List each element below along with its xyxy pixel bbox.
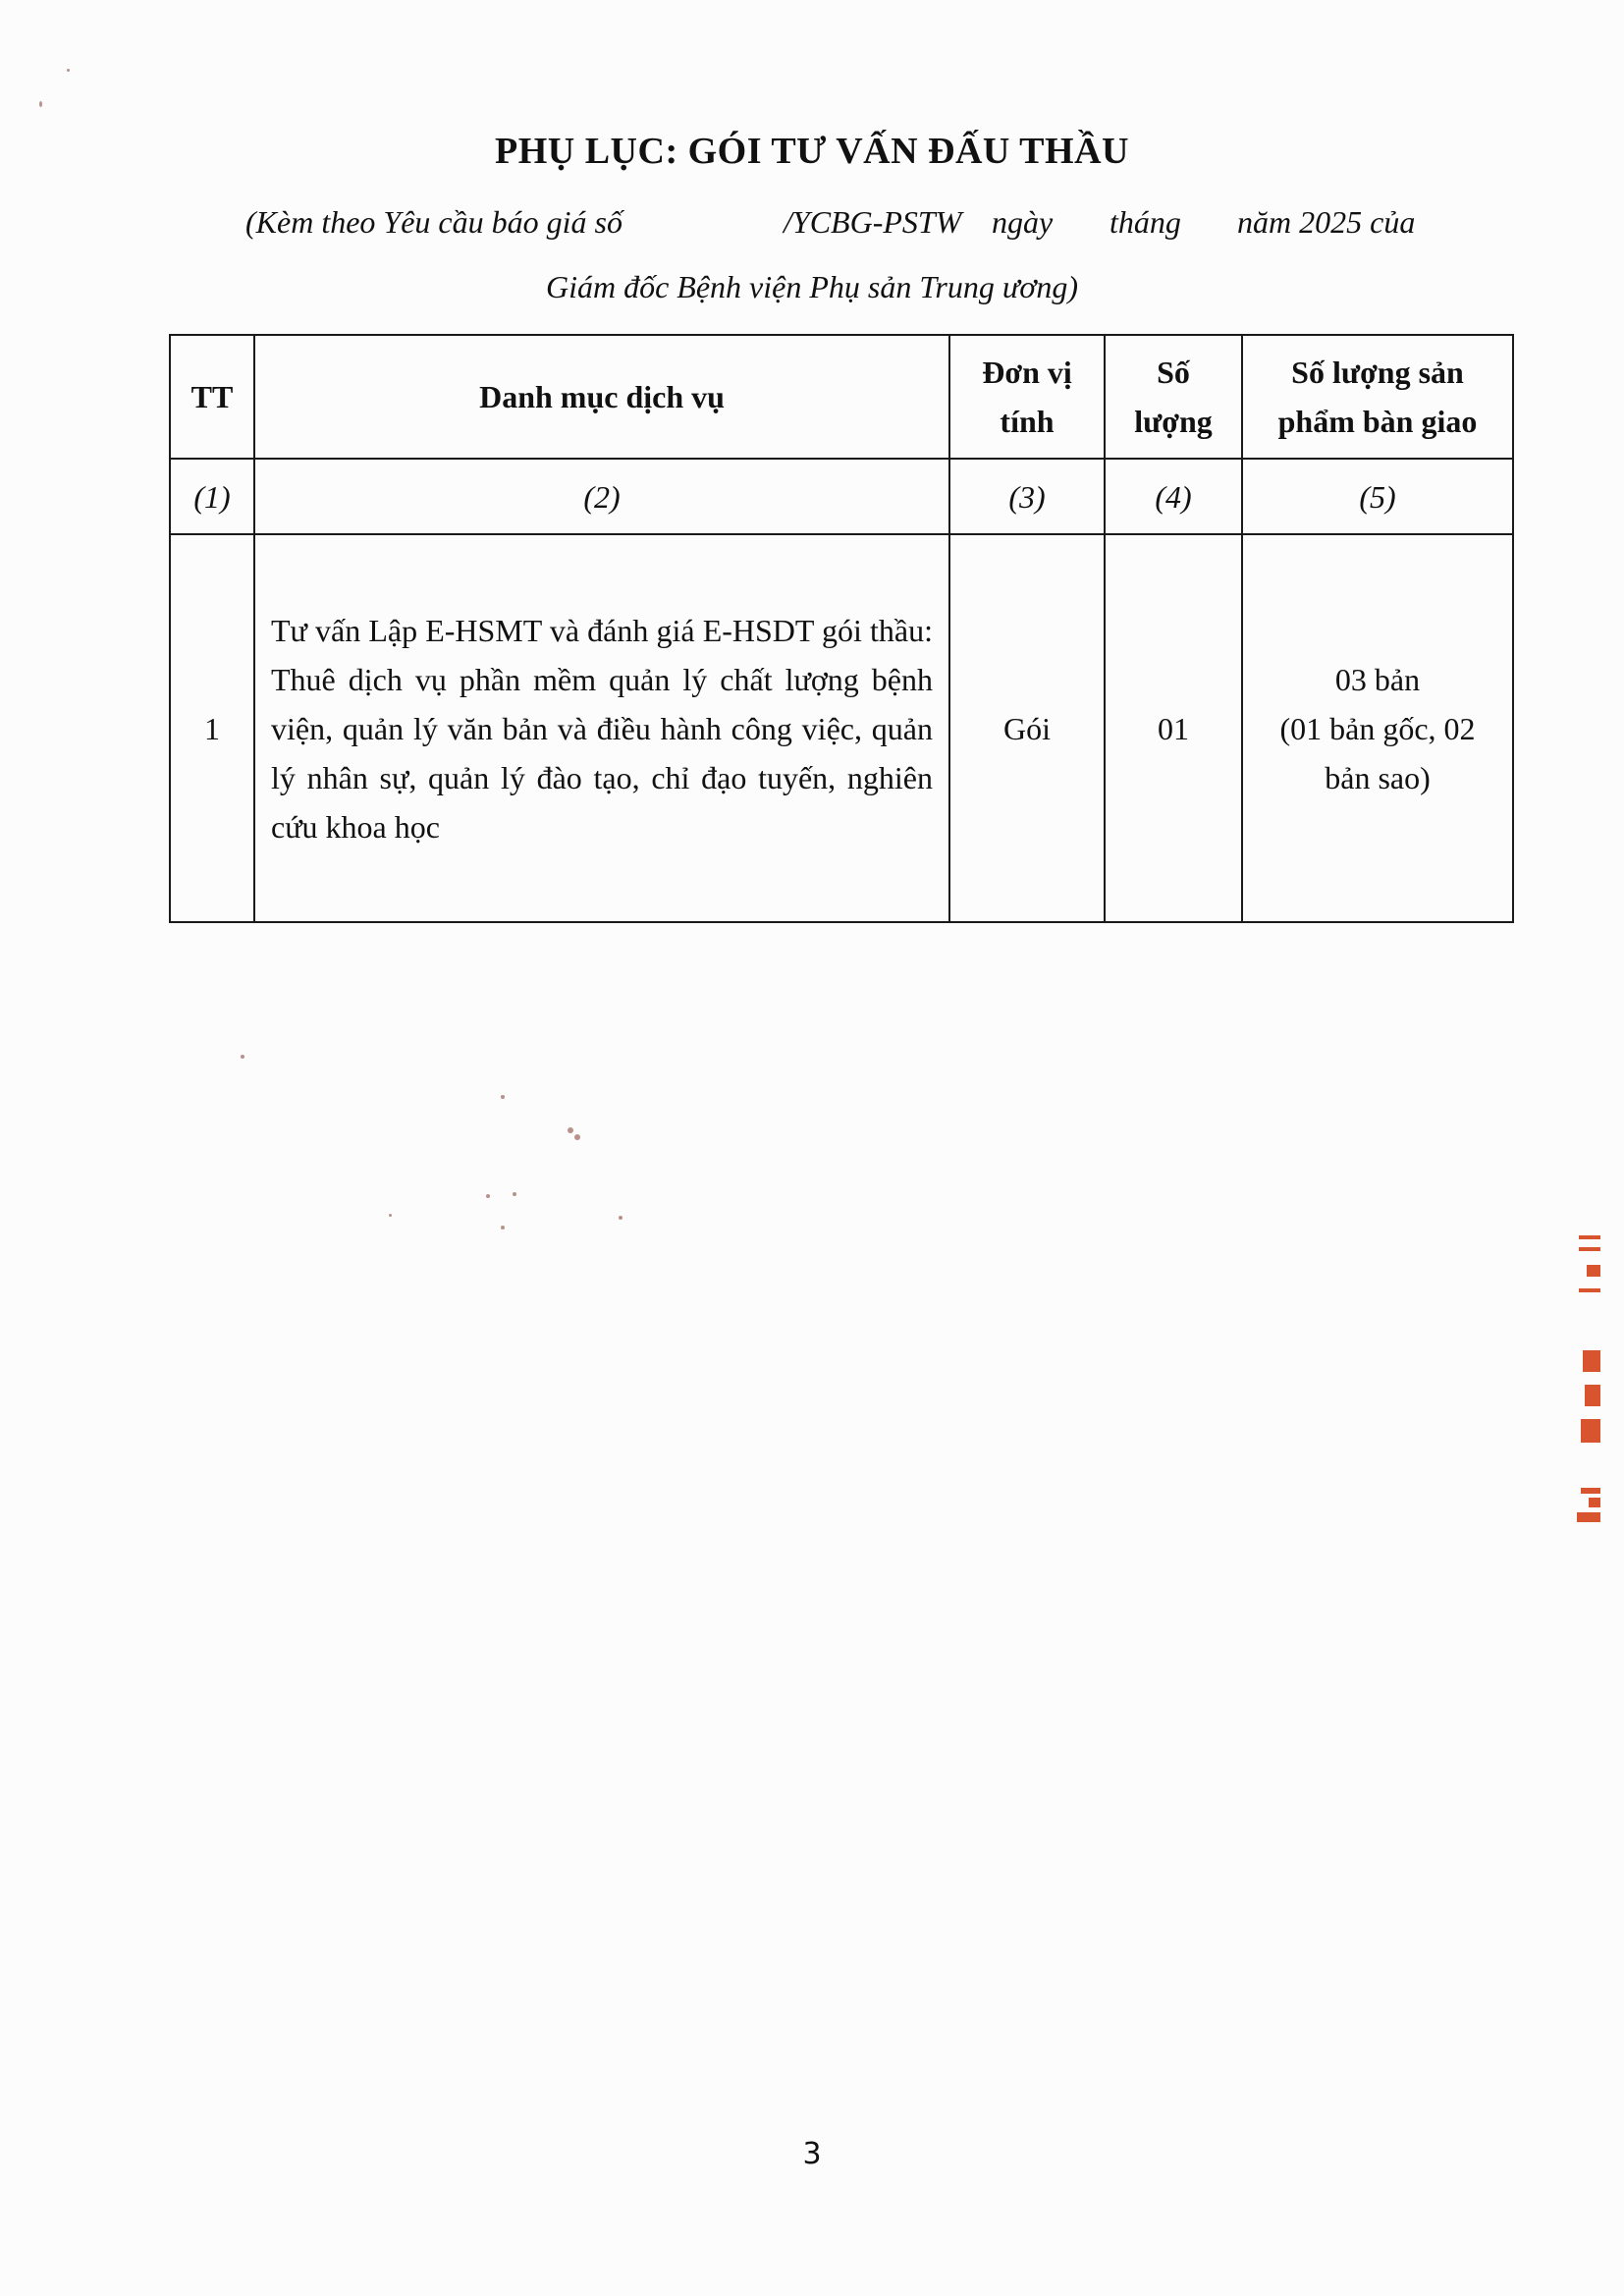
cell-tt: 1 [170,534,254,922]
cell-deliverables: 03 bản (01 bản gốc, 02 bản sao) [1242,534,1513,922]
table-header-row: TT Danh mục dịch vụ Đơn vị tính Số lượng… [170,335,1513,459]
scan-speck [619,1216,623,1220]
subtitle-part-month: tháng [1110,204,1181,241]
scan-speck [574,1134,580,1140]
cell-service: Tư vấn Lập E-HSMT và đánh giá E-HSDT gói… [254,534,949,922]
page-number: 3 [0,2137,1624,2171]
scan-speck [501,1226,505,1230]
index-cell: (2) [254,459,949,534]
cell-unit: Gói [949,534,1105,922]
header-service: Danh mục dịch vụ [254,335,949,459]
scan-speck [513,1192,516,1196]
table-index-row: (1) (2) (3) (4) (5) [170,459,1513,534]
index-cell: (1) [170,459,254,534]
scan-speck [389,1214,392,1217]
scan-speck [241,1055,244,1059]
scan-speck [501,1095,505,1099]
document-page: PHỤ LỤC: GÓI TƯ VẤN ĐẤU THẦU (Kèm theo Y… [0,0,1624,2296]
header-unit: Đơn vị tính [949,335,1105,459]
index-cell: (3) [949,459,1105,534]
header-deliverables: Số lượng sản phẩm bàn giao [1242,335,1513,459]
page-title: PHỤ LỤC: GÓI TƯ VẤN ĐẤU THẦU [0,130,1624,173]
subtitle-part-reference: /YCBG-PSTW [784,204,961,241]
stamp-fragment-icon [1571,1218,1600,1522]
cell-quantity: 01 [1105,534,1242,922]
scan-speck [486,1194,490,1198]
scan-speck [39,101,42,107]
subtitle-part-attachment: (Kèm theo Yêu cầu báo giá số [245,204,623,241]
scan-speck [568,1127,573,1133]
subtitle-part-year: năm 2025 của [1237,204,1415,241]
service-table: TT Danh mục dịch vụ Đơn vị tính Số lượng… [169,334,1514,923]
index-cell: (4) [1105,459,1242,534]
table-row: 1 Tư vấn Lập E-HSMT và đánh giá E-HSDT g… [170,534,1513,922]
header-tt: TT [170,335,254,459]
header-quantity: Số lượng [1105,335,1242,459]
index-cell: (5) [1242,459,1513,534]
subtitle-line-2: Giám đốc Bệnh viện Phụ sản Trung ương) [0,269,1624,305]
subtitle-part-day: ngày [992,204,1053,241]
scan-speck [67,69,70,72]
